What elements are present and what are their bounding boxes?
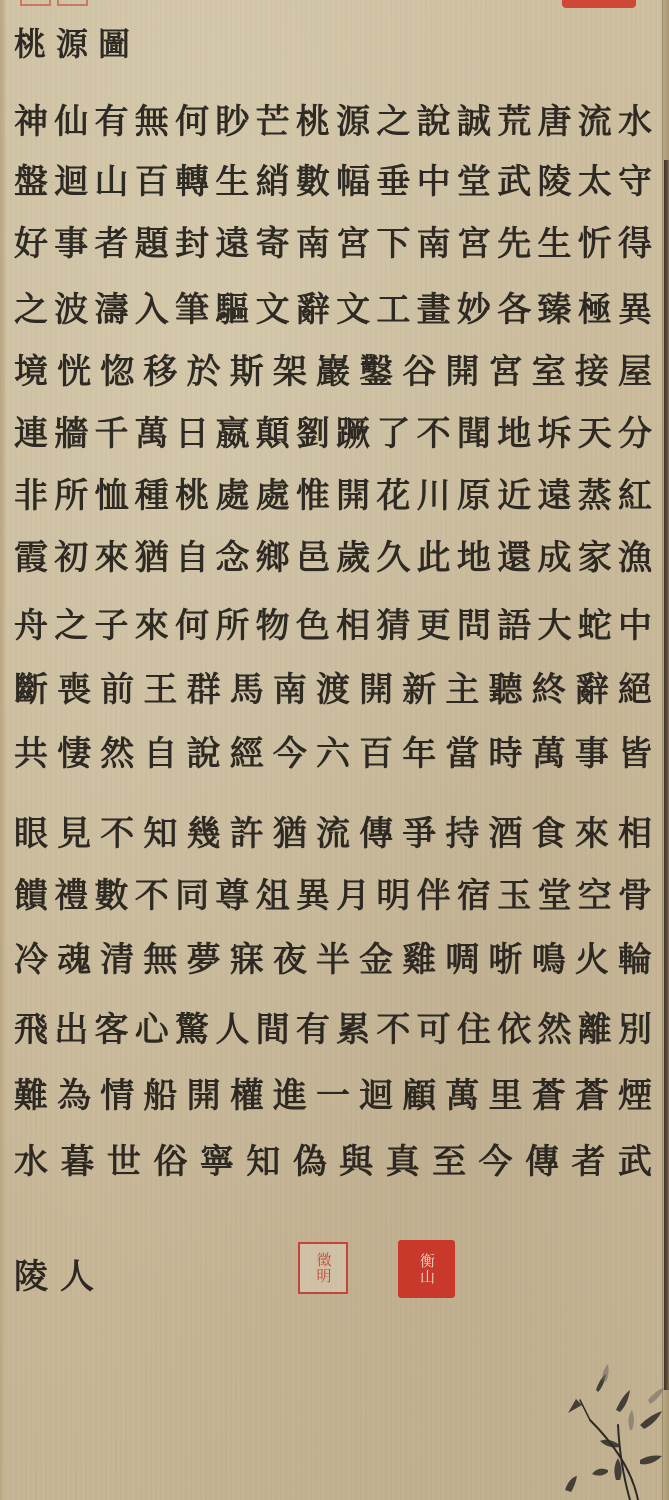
calligraphy-char: 宿 — [455, 874, 493, 918]
calligraphy-char: 盤 — [12, 160, 50, 204]
calligraphy-char: 異 — [616, 288, 654, 332]
calligraphy-char: 主 — [443, 668, 481, 712]
calligraphy-char: 者 — [569, 1140, 607, 1184]
calligraphy-char: 群 — [185, 668, 223, 712]
calligraphy-char: 波 — [52, 288, 90, 332]
calligraphy-char: 物 — [254, 604, 292, 648]
calligraphy-char: 惟 — [294, 474, 332, 518]
title-char: 源 — [54, 22, 90, 66]
calligraphy-char: 猶 — [133, 536, 171, 580]
calligraphy-char: 地 — [455, 536, 493, 580]
calligraphy-row: 連牆千萬日嬴顛劉蹶了不聞地坼天分 — [12, 412, 654, 456]
calligraphy-char: 金 — [357, 938, 395, 982]
calligraphy-char: 連 — [12, 412, 50, 456]
calligraphy-char: 共 — [12, 732, 50, 776]
calligraphy-char: 流 — [314, 812, 352, 856]
calligraphy-char: 鑿 — [357, 350, 395, 394]
calligraphy-char: 數 — [294, 160, 332, 204]
calligraphy-char: 里 — [487, 1074, 525, 1118]
calligraphy-char: 依 — [495, 1008, 533, 1052]
calligraphy-char: 問 — [455, 604, 493, 648]
calligraphy-char: 中 — [415, 160, 453, 204]
calligraphy-char: 綃 — [254, 160, 292, 204]
calligraphy-char: 惚 — [98, 350, 136, 394]
calligraphy-char: 明 — [374, 874, 412, 918]
calligraphy-row: 好事者題封遠寄南宮下南宮先生忻得 — [12, 222, 654, 266]
calligraphy-char: 處 — [254, 474, 292, 518]
calligraphy-char: 尊 — [213, 874, 251, 918]
calligraphy-char: 顛 — [254, 412, 292, 456]
calligraphy-char: 堂 — [535, 874, 573, 918]
calligraphy-char: 神 — [12, 100, 50, 144]
calligraphy-char: 偽 — [291, 1140, 329, 1184]
calligraphy-char: 臻 — [535, 288, 573, 332]
calligraphy-char: 喪 — [55, 668, 93, 712]
calligraphy-char: 異 — [294, 874, 332, 918]
calligraphy-char: 久 — [374, 536, 412, 580]
calligraphy-char: 所 — [213, 604, 251, 648]
calligraphy-char: 自 — [173, 536, 211, 580]
calligraphy-char: 花 — [374, 474, 412, 518]
calligraphy-char: 大 — [535, 604, 573, 648]
calligraphy-char: 俎 — [254, 874, 292, 918]
calligraphy-char: 鳴 — [530, 938, 568, 982]
calligraphy-char: 下 — [374, 222, 412, 266]
calligraphy-char: 持 — [443, 812, 481, 856]
calligraphy-char: 何 — [173, 100, 211, 144]
calligraphy-char: 先 — [495, 222, 533, 266]
calligraphy-char: 妙 — [455, 288, 493, 332]
calligraphy-char: 天 — [576, 412, 614, 456]
calligraphy-char: 家 — [576, 536, 614, 580]
calligraphy-char: 子 — [93, 604, 131, 648]
calligraphy-char: 蒼 — [530, 1074, 568, 1118]
calligraphy-char: 迴 — [52, 160, 90, 204]
calligraphy-char: 許 — [228, 812, 266, 856]
calligraphy-char: 眇 — [213, 100, 251, 144]
calligraphy-char: 宮 — [487, 350, 525, 394]
calligraphy-char: 垂 — [374, 160, 412, 204]
calligraphy-char: 為 — [55, 1074, 93, 1118]
calligraphy-char: 之 — [374, 100, 412, 144]
calligraphy-char: 文 — [254, 288, 292, 332]
calligraphy-char: 南 — [294, 222, 332, 266]
calligraphy-char: 極 — [576, 288, 614, 332]
calligraphy-char: 夜 — [271, 938, 309, 982]
calligraphy-char: 源 — [334, 100, 372, 144]
calligraphy-row: 水暮世俗寧知偽與真至今傳者武 — [12, 1140, 654, 1184]
calligraphy-char: 知 — [244, 1140, 282, 1184]
calligraphy-char: 更 — [415, 604, 453, 648]
calligraphy-row: 境恍惚移於斯架巖鑿谷開宮室接屋 — [12, 350, 654, 394]
calligraphy-char: 芒 — [254, 100, 292, 144]
calligraphy-char: 分 — [616, 412, 654, 456]
title-char: 桃 — [12, 22, 48, 66]
calligraphy-char: 進 — [271, 1074, 309, 1118]
calligraphy-char: 生 — [535, 222, 573, 266]
calligraphy-char: 武 — [495, 160, 533, 204]
calligraphy-char: 今 — [477, 1140, 515, 1184]
calligraphy-char: 還 — [495, 536, 533, 580]
calligraphy-char: 得 — [616, 222, 654, 266]
calligraphy-char: 開 — [443, 350, 481, 394]
calligraphy-char: 火 — [573, 938, 611, 982]
calligraphy-char: 年 — [400, 732, 438, 776]
calligraphy-char: 開 — [334, 474, 372, 518]
calligraphy-char: 太 — [576, 160, 614, 204]
calligraphy-char: 所 — [52, 474, 90, 518]
calligraphy-char: 題 — [133, 222, 171, 266]
calligraphy-char: 六 — [314, 732, 352, 776]
calligraphy-char: 幾 — [185, 812, 223, 856]
calligraphy-char: 數 — [93, 874, 131, 918]
calligraphy-row: 眼見不知幾許猶流傳爭持酒食來相 — [12, 812, 654, 856]
calligraphy-char: 百 — [133, 160, 171, 204]
calligraphy-char: 南 — [271, 668, 309, 712]
calligraphy-char: 離 — [576, 1008, 614, 1052]
calligraphy-char: 文 — [334, 288, 372, 332]
calligraphy-char: 於 — [185, 350, 223, 394]
calligraphy-row: 斷喪前王群馬南渡開新主聽終辭絕 — [12, 668, 654, 712]
calligraphy-char: 驅 — [213, 288, 251, 332]
calligraphy-char: 鄉 — [254, 536, 292, 580]
calligraphy-char: 漁 — [616, 536, 654, 580]
calligraphy-row: 盤迴山百轉生綃數幅垂中堂武陵太守 — [12, 160, 654, 204]
calligraphy-char: 然 — [535, 1008, 573, 1052]
calligraphy-char: 千 — [93, 412, 131, 456]
calligraphy-char: 皆 — [616, 732, 654, 776]
calligraphy-char: 權 — [228, 1074, 266, 1118]
calligraphy-char: 入 — [133, 288, 171, 332]
calligraphy-char: 色 — [294, 604, 332, 648]
calligraphy-char: 無 — [133, 100, 171, 144]
calligraphy-char: 接 — [573, 350, 611, 394]
calligraphy-row: 非所恤種桃處處惟開花川原近遠蒸紅 — [12, 474, 654, 518]
calligraphy-char: 架 — [271, 350, 309, 394]
calligraphy-char: 來 — [93, 536, 131, 580]
calligraphy-char: 聞 — [455, 412, 493, 456]
calligraphy-char: 馬 — [228, 668, 266, 712]
calligraphy-char: 初 — [52, 536, 90, 580]
calligraphy-char: 寧 — [198, 1140, 236, 1184]
calligraphy-char: 間 — [254, 1008, 292, 1052]
calligraphy-char: 萬 — [530, 732, 568, 776]
calligraphy-char: 開 — [357, 668, 395, 712]
calligraphy-char: 猶 — [271, 812, 309, 856]
calligraphy-char: 辭 — [573, 668, 611, 712]
calligraphy-char: 一 — [314, 1074, 352, 1118]
calligraphy-char: 遠 — [535, 474, 573, 518]
calligraphy-char: 可 — [415, 1008, 453, 1052]
calligraphy-char: 恤 — [93, 474, 131, 518]
calligraphy-char: 與 — [337, 1140, 375, 1184]
calligraphy-char: 境 — [12, 350, 50, 394]
calligraphy-char: 別 — [616, 1008, 654, 1052]
calligraphy-char: 之 — [12, 288, 50, 332]
calligraphy-char: 牆 — [52, 412, 90, 456]
calligraphy-char: 眼 — [12, 812, 50, 856]
calligraphy-char: 川 — [415, 474, 453, 518]
calligraphy-char: 近 — [495, 474, 533, 518]
calligraphy-char: 寐 — [228, 938, 266, 982]
calligraphy-char: 恍 — [55, 350, 93, 394]
calligraphy-char: 驚 — [173, 1008, 211, 1052]
calligraphy-char: 不 — [133, 874, 171, 918]
calligraphy-char: 坼 — [535, 412, 573, 456]
calligraphy-char: 霞 — [12, 536, 50, 580]
calligraphy-row: 霞初來猶自念鄉邑歲久此地還成家漁 — [12, 536, 654, 580]
calligraphy-char: 清 — [98, 938, 136, 982]
calligraphy-char: 念 — [213, 536, 251, 580]
calligraphy-char: 生 — [213, 160, 251, 204]
calligraphy-char: 魂 — [55, 938, 93, 982]
calligraphy-char: 處 — [213, 474, 251, 518]
calligraphy-char: 情 — [98, 1074, 136, 1118]
calligraphy-char: 何 — [173, 604, 211, 648]
calligraphy-char: 斷 — [12, 668, 50, 712]
calligraphy-char: 水 — [12, 1140, 50, 1184]
calligraphy-char: 見 — [55, 812, 93, 856]
calligraphy-char: 來 — [573, 812, 611, 856]
calligraphy-char: 俗 — [151, 1140, 189, 1184]
calligraphy-char: 人 — [213, 1008, 251, 1052]
calligraphy-char: 酒 — [487, 812, 525, 856]
calligraphy-char: 傳 — [357, 812, 395, 856]
calligraphy-char: 紅 — [616, 474, 654, 518]
calligraphy-char: 出 — [52, 1008, 90, 1052]
calligraphy-char: 渡 — [314, 668, 352, 712]
calligraphy-char: 說 — [185, 732, 223, 776]
calligraphy-char: 百 — [357, 732, 395, 776]
calligraphy-char: 舟 — [12, 604, 50, 648]
calligraphy-char: 山 — [93, 160, 131, 204]
calligraphy-char: 不 — [374, 1008, 412, 1052]
calligraphy-char: 世 — [105, 1140, 143, 1184]
calligraphy-char: 桃 — [294, 100, 332, 144]
calligraphy-char: 日 — [173, 412, 211, 456]
calligraphy-char: 爭 — [400, 812, 438, 856]
calligraphy-char: 蒸 — [576, 474, 614, 518]
calligraphy-char: 船 — [141, 1074, 179, 1118]
calligraphy-char: 冷 — [12, 938, 50, 982]
calligraphy-char: 守 — [616, 160, 654, 204]
calligraphy-char: 荒 — [495, 100, 533, 144]
calligraphy-char: 真 — [384, 1140, 422, 1184]
calligraphy-char: 者 — [93, 222, 131, 266]
calligraphy-char: 巖 — [314, 350, 352, 394]
calligraphy-char: 事 — [52, 222, 90, 266]
calligraphy-char: 客 — [93, 1008, 131, 1052]
scroll-left-border — [0, 0, 5, 1500]
top-left-seal-fragments — [20, 0, 88, 4]
calligraphy-char: 無 — [141, 938, 179, 982]
calligraphy-char: 語 — [495, 604, 533, 648]
calligraphy-char: 邑 — [294, 536, 332, 580]
calligraphy-char: 萬 — [133, 412, 171, 456]
top-right-seal-fragment — [562, 0, 636, 8]
calligraphy-char: 終 — [530, 668, 568, 712]
calligraphy-char: 饋 — [12, 874, 50, 918]
calligraphy-char: 劉 — [294, 412, 332, 456]
calligraphy-char: 食 — [530, 812, 568, 856]
calligraphy-char: 雞 — [400, 938, 438, 982]
calligraphy-char: 哳 — [487, 938, 525, 982]
calligraphy-char: 室 — [530, 350, 568, 394]
calligraphy-row: 神仙有無何眇芒桃源之說誠荒唐流水 — [12, 100, 654, 144]
calligraphy-char: 種 — [133, 474, 171, 518]
calligraphy-char: 開 — [185, 1074, 223, 1118]
calligraphy-char: 水 — [616, 100, 654, 144]
calligraphy-char: 今 — [271, 732, 309, 776]
calligraphy-char: 地 — [495, 412, 533, 456]
calligraphy-char: 暮 — [58, 1140, 96, 1184]
calligraphy-char: 傳 — [523, 1140, 561, 1184]
calligraphy-char: 煙 — [616, 1074, 654, 1118]
calligraphy-char: 武 — [616, 1140, 654, 1184]
calligraphy-char: 各 — [495, 288, 533, 332]
calligraphy-char: 蒼 — [573, 1074, 611, 1118]
calligraphy-char: 不 — [415, 412, 453, 456]
calligraphy-char: 堂 — [455, 160, 493, 204]
calligraphy-char: 前 — [98, 668, 136, 712]
artist-seal-zhuwen: 徵明 — [298, 1242, 348, 1294]
calligraphy-char: 飛 — [12, 1008, 50, 1052]
calligraphy-char: 幅 — [334, 160, 372, 204]
calligraphy-char: 伴 — [415, 874, 453, 918]
calligraphy-char: 月 — [334, 874, 372, 918]
calligraphy-char: 萬 — [443, 1074, 481, 1118]
calligraphy-char: 說 — [415, 100, 453, 144]
calligraphy-char: 嬴 — [213, 412, 251, 456]
calligraphy-char: 工 — [374, 288, 412, 332]
calligraphy-char: 宮 — [334, 222, 372, 266]
calligraphy-char: 宮 — [455, 222, 493, 266]
calligraphy-char: 迴 — [357, 1074, 395, 1118]
calligraphy-char: 悽 — [55, 732, 93, 776]
calligraphy-row: 難為情船開權進一迴顧萬里蒼蒼煙 — [12, 1074, 654, 1118]
scroll-mount-strip — [664, 160, 669, 1390]
calligraphy-char: 忻 — [576, 222, 614, 266]
calligraphy-char: 辭 — [294, 288, 332, 332]
calligraphy-char: 絕 — [616, 668, 654, 712]
calligraphy-char: 來 — [133, 604, 171, 648]
calligraphy-char: 禮 — [52, 874, 90, 918]
calligraphy-char: 原 — [455, 474, 493, 518]
calligraphy-char: 成 — [535, 536, 573, 580]
calligraphy-char: 封 — [173, 222, 211, 266]
calligraphy-char: 空 — [576, 874, 614, 918]
calligraphy-char: 人 — [58, 1255, 96, 1299]
calligraphy-char: 難 — [12, 1074, 50, 1118]
calligraphy-char: 濤 — [93, 288, 131, 332]
calligraphy-char: 蛇 — [576, 604, 614, 648]
calligraphy-char: 時 — [487, 732, 525, 776]
calligraphy-char: 住 — [455, 1008, 493, 1052]
calligraphy-char: 歲 — [334, 536, 372, 580]
title-char: 圖 — [96, 22, 132, 66]
calligraphy-char: 半 — [314, 938, 352, 982]
calligraphy-row: 飛出客心驚人間有累不可住依然離別 — [12, 1008, 654, 1052]
calligraphy-char: 啁 — [443, 938, 481, 982]
calligraphy-char: 輪 — [616, 938, 654, 982]
calligraphy-char: 經 — [228, 732, 266, 776]
calligraphy-char: 唐 — [535, 100, 573, 144]
calligraphy-char: 畫 — [415, 288, 453, 332]
calligraphy-char: 心 — [133, 1008, 171, 1052]
calligraphy-char: 猜 — [374, 604, 412, 648]
calligraphy-char: 新 — [400, 668, 438, 712]
calligraphy-char: 之 — [52, 604, 90, 648]
calligraphy-char: 王 — [141, 668, 179, 712]
calligraphy-char: 同 — [173, 874, 211, 918]
calligraphy-char: 斯 — [228, 350, 266, 394]
calligraphy-char: 仙 — [52, 100, 90, 144]
calligraphy-char: 玉 — [495, 874, 533, 918]
calligraphy-char: 累 — [334, 1008, 372, 1052]
calligraphy-char: 屋 — [616, 350, 654, 394]
calligraphy-char: 南 — [415, 222, 453, 266]
calligraphy-char: 骨 — [616, 874, 654, 918]
calligraphy-char: 聽 — [487, 668, 525, 712]
calligraphy-char: 知 — [141, 812, 179, 856]
calligraphy-char: 流 — [576, 100, 614, 144]
calligraphy-char: 陵 — [535, 160, 573, 204]
calligraphy-char: 至 — [430, 1140, 468, 1184]
calligraphy-char: 有 — [294, 1008, 332, 1052]
calligraphy-row: 饋禮數不同尊俎異月明伴宿玉堂空骨 — [12, 874, 654, 918]
calligraphy-char: 誠 — [455, 100, 493, 144]
calligraphy-char: 蹶 — [334, 412, 372, 456]
calligraphy-char: 夢 — [185, 938, 223, 982]
calligraphy-char: 事 — [573, 732, 611, 776]
calligraphy-char: 好 — [12, 222, 50, 266]
scroll-title: 桃 源 圖 — [12, 22, 132, 66]
calligraphy-char: 谷 — [400, 350, 438, 394]
calligraphy-row: 之波濤入筆驅文辭文工畫妙各臻極異 — [12, 288, 654, 332]
calligraphy-char: 當 — [443, 732, 481, 776]
calligraphy-char: 然 — [98, 732, 136, 776]
calligraphy-char: 筆 — [173, 288, 211, 332]
calligraphy-row: 冷魂清無夢寐夜半金雞啁哳鳴火輪 — [12, 938, 654, 982]
calligraphy-char: 桃 — [173, 474, 211, 518]
calligraphy-char: 陵 — [12, 1255, 50, 1299]
calligraphy-char: 了 — [374, 412, 412, 456]
calligraphy-char: 非 — [12, 474, 50, 518]
calligraphy-char: 自 — [141, 732, 179, 776]
calligraphy-char: 相 — [334, 604, 372, 648]
calligraphy-char: 相 — [616, 812, 654, 856]
calligraphy-char: 轉 — [173, 160, 211, 204]
calligraphy-row: 共悽然自說經今六百年當時萬事皆 — [12, 732, 654, 776]
calligraphy-char: 中 — [616, 604, 654, 648]
calligraphy-char: 寄 — [254, 222, 292, 266]
artist-seal-baiwen: 衡山 — [398, 1240, 455, 1298]
calligraphy-char: 移 — [141, 350, 179, 394]
calligraphy-char: 遠 — [213, 222, 251, 266]
ink-plant-painting — [520, 1350, 669, 1500]
calligraphy-char: 不 — [98, 812, 136, 856]
calligraphy-row: 舟之子來何所物色相猜更問語大蛇中 — [12, 604, 654, 648]
calligraphy-char: 此 — [415, 536, 453, 580]
calligraphy-char: 顧 — [400, 1074, 438, 1118]
calligraphy-char: 有 — [93, 100, 131, 144]
